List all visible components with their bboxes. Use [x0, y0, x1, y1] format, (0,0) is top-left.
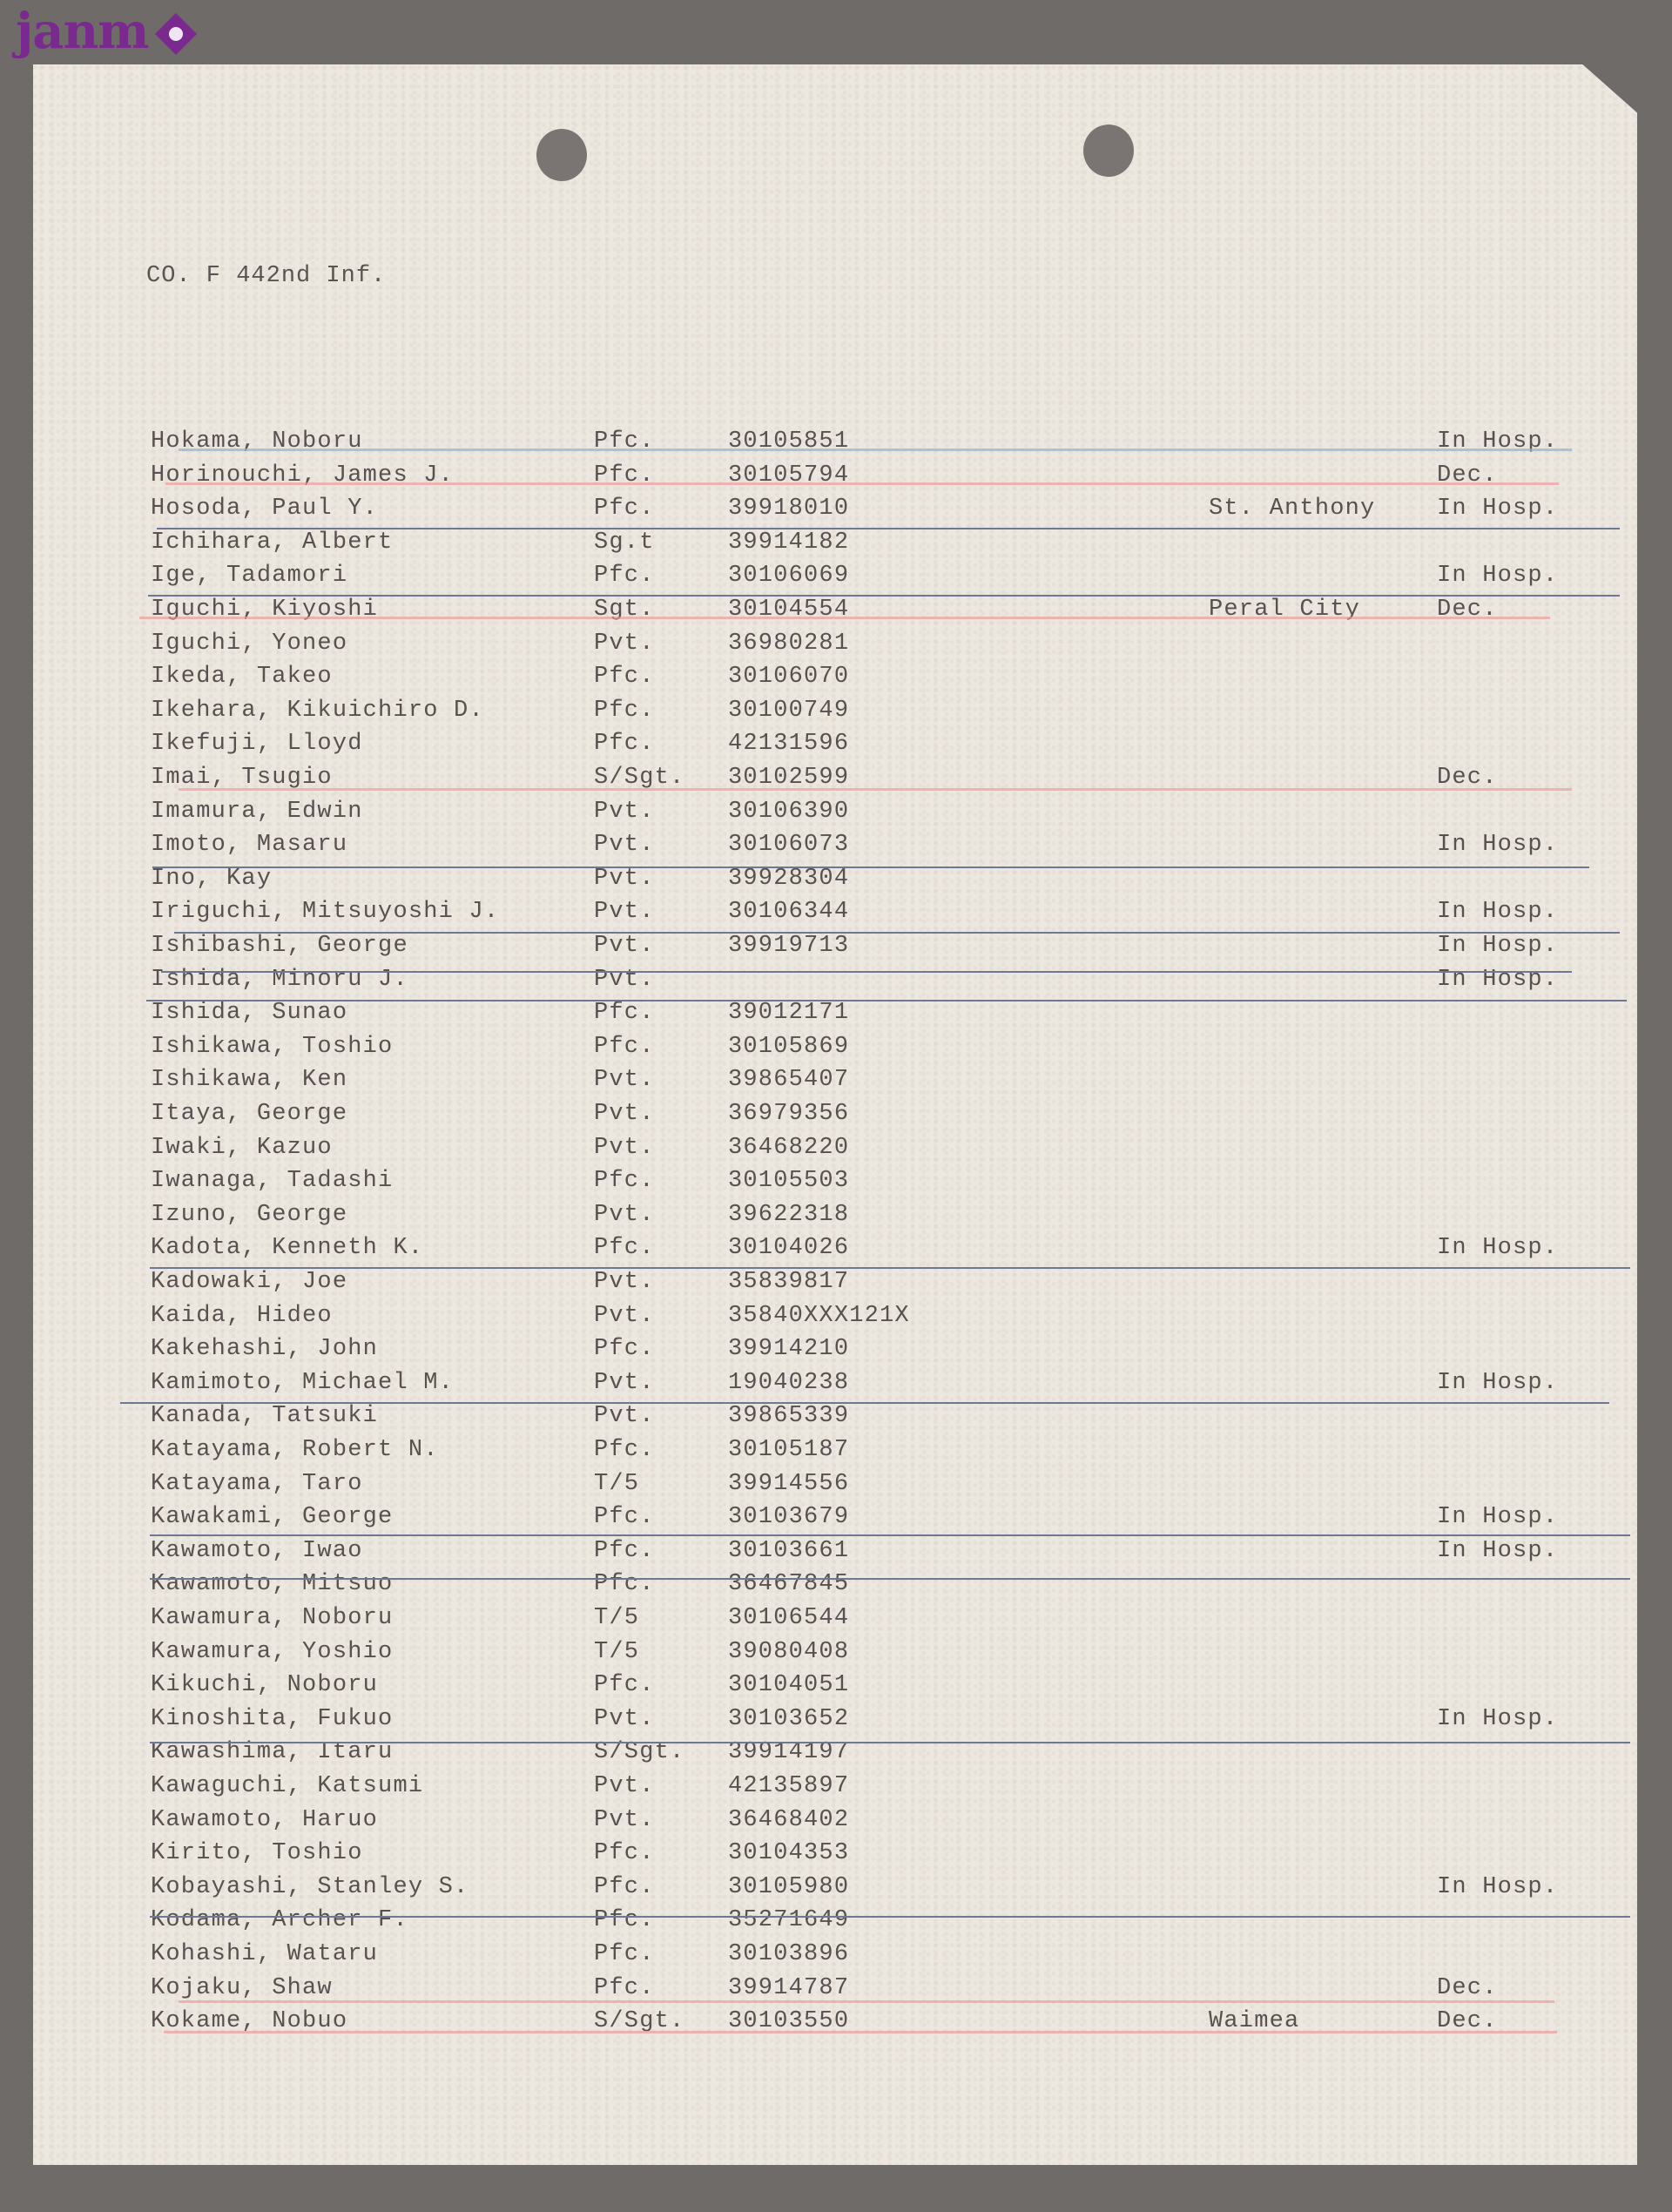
soldier-name: Ino, Kay	[151, 866, 272, 892]
soldier-rank: Pfc.	[594, 1874, 655, 1900]
soldier-rank: T/5	[594, 1471, 639, 1497]
soldier-rank: Pvt.	[594, 1101, 655, 1127]
roster-row: Iwaki, KazuoPvt.36468220	[0, 1135, 1672, 1169]
roster-row: Kawamura, YoshioT/539080408	[0, 1639, 1672, 1673]
roster-row: Kadowaki, JoePvt.35839817	[0, 1269, 1672, 1303]
serial-number: 36468220	[728, 1135, 849, 1161]
serial-number: 39914787	[728, 1975, 849, 2001]
serial-number: 30100749	[728, 698, 849, 724]
roster-row: Kawamoto, MitsuoPfc.36467845	[0, 1571, 1672, 1605]
soldier-rank: Pvt.	[594, 1067, 655, 1093]
status-note: In Hosp.	[1437, 1504, 1558, 1530]
soldier-name: Kawamura, Yoshio	[151, 1639, 393, 1665]
soldier-name: Ige, Tadamori	[151, 563, 347, 589]
soldier-name: Ishikawa, Toshio	[151, 1034, 393, 1060]
roster-row: Kirito, ToshioPfc.30104353	[0, 1840, 1672, 1874]
serial-number: 19040238	[728, 1370, 849, 1396]
serial-number: 30106070	[728, 664, 849, 690]
soldier-rank: Pfc.	[594, 1840, 655, 1866]
roster-row: Kojaku, ShawPfc.39914787Dec.	[0, 1975, 1672, 2009]
soldier-rank: Pvt.	[594, 1269, 655, 1295]
soldier-name: Ikeda, Takeo	[151, 664, 333, 690]
soldier-rank: Pvt.	[594, 899, 655, 925]
serial-number: 39865339	[728, 1403, 849, 1429]
soldier-rank: Pvt.	[594, 933, 655, 959]
serial-number: 30105503	[728, 1168, 849, 1194]
soldier-name: Ikehara, Kikuichiro D.	[151, 698, 484, 724]
roster-row: Iwanaga, TadashiPfc.30105503	[0, 1168, 1672, 1202]
status-note: In Hosp.	[1437, 1706, 1558, 1732]
serial-number: 30103896	[728, 1941, 849, 1967]
soldier-rank: Pfc.	[594, 1235, 655, 1261]
serial-number: 30103679	[728, 1504, 849, 1530]
serial-number: 30105980	[728, 1874, 849, 1900]
roster-row: Ichihara, AlbertSg.t39914182	[0, 529, 1672, 563]
serial-number: 39080408	[728, 1639, 849, 1665]
serial-number: 30104353	[728, 1840, 849, 1866]
soldier-name: Kawamoto, Iwao	[151, 1538, 363, 1564]
serial-number: 30105187	[728, 1437, 849, 1463]
soldier-name: Ishibashi, George	[151, 933, 408, 959]
soldier-name: Imoto, Masaru	[151, 832, 347, 858]
soldier-rank: Pvt.	[594, 799, 655, 825]
soldier-name: Kakehashi, John	[151, 1336, 378, 1362]
soldier-rank: Pfc.	[594, 1571, 655, 1597]
roster-row: Kinoshita, FukuoPvt.30103652In Hosp.	[0, 1706, 1672, 1740]
serial-number: 35840XXX121X	[728, 1303, 910, 1329]
roster-row: Izuno, GeorgePvt.39622318	[0, 1202, 1672, 1236]
soldier-name: Ishikawa, Ken	[151, 1067, 347, 1093]
soldier-rank: Pfc.	[594, 664, 655, 690]
roster-row: Katayama, Robert N.Pfc.30105187	[0, 1437, 1672, 1471]
roster-row: Kawamoto, HaruoPvt.36468402	[0, 1807, 1672, 1841]
serial-number: 36468402	[728, 1807, 849, 1833]
roster-row: Kanada, TatsukiPvt.39865339	[0, 1403, 1672, 1437]
serial-number: 39914210	[728, 1336, 849, 1362]
roster-row: Ishida, SunaoPfc.39012171	[0, 1000, 1672, 1034]
soldier-rank: Pvt.	[594, 1303, 655, 1329]
soldier-rank: Pvt.	[594, 1403, 655, 1429]
serial-number: 42131596	[728, 731, 849, 757]
serial-number: 30106344	[728, 899, 849, 925]
soldier-name: Kaida, Hideo	[151, 1303, 333, 1329]
roster-row: Horinouchi, James J.Pfc.30105794Dec.	[0, 462, 1672, 496]
serial-number: 30105869	[728, 1034, 849, 1060]
serial-number: 30103652	[728, 1706, 849, 1732]
roster-row: Kakehashi, JohnPfc.39914210	[0, 1336, 1672, 1370]
soldier-name: Kawamura, Noboru	[151, 1605, 393, 1631]
soldier-name: Hosoda, Paul Y.	[151, 496, 378, 522]
soldier-name: Kawamoto, Haruo	[151, 1807, 378, 1833]
soldier-name: Kirito, Toshio	[151, 1840, 363, 1866]
serial-number: 36979356	[728, 1101, 849, 1127]
soldier-name: Ishida, Sunao	[151, 1000, 347, 1026]
serial-number: 30106069	[728, 563, 849, 589]
roster-row: Imai, TsugioS/Sgt.30102599Dec.	[0, 765, 1672, 799]
serial-number: 39928304	[728, 866, 849, 892]
soldier-name: Iwaki, Kazuo	[151, 1135, 333, 1161]
soldier-rank: Pfc.	[594, 1538, 655, 1564]
roster-row: Imoto, MasaruPvt.30106073In Hosp.	[0, 832, 1672, 866]
soldier-rank: Pvt.	[594, 1202, 655, 1228]
roster-row: Katayama, TaroT/539914556	[0, 1471, 1672, 1505]
roster-row: Ikehara, Kikuichiro D.Pfc.30100749	[0, 698, 1672, 732]
status-note: In Hosp.	[1437, 496, 1558, 522]
soldier-rank: Pfc.	[594, 1336, 655, 1362]
roster-row: Kodama, Archer F.Pfc.35271649	[0, 1907, 1672, 1941]
soldier-rank: T/5	[594, 1605, 639, 1631]
roster-row: Ige, TadamoriPfc.30106069In Hosp.	[0, 563, 1672, 597]
status-note: In Hosp.	[1437, 1874, 1558, 1900]
soldier-rank: Pfc.	[594, 1437, 655, 1463]
roster-row: Ishikawa, ToshioPfc.30105869	[0, 1034, 1672, 1068]
serial-number: 30104051	[728, 1672, 849, 1698]
soldier-name: Kadota, Kenneth K.	[151, 1235, 423, 1261]
soldier-rank: S/Sgt.	[594, 765, 684, 791]
roster-row: Itaya, GeorgePvt.36979356	[0, 1101, 1672, 1135]
roster-row: Kawamura, NoboruT/530106544	[0, 1605, 1672, 1639]
roster-row: Kikuchi, NoboruPfc.30104051	[0, 1672, 1672, 1706]
roster-list: Hokama, NoboruPfc.30105851In Hosp.Horino…	[0, 0, 1672, 2212]
roster-row: Kawashima, ItaruS/Sgt.39914197	[0, 1739, 1672, 1773]
soldier-rank: Pfc.	[594, 731, 655, 757]
soldier-name: Kobayashi, Stanley S.	[151, 1874, 469, 1900]
serial-number: 39622318	[728, 1202, 849, 1228]
status-note: In Hosp.	[1437, 1235, 1558, 1261]
serial-number: 30106390	[728, 799, 849, 825]
soldier-rank: Pfc.	[594, 1907, 655, 1933]
serial-number: 39914556	[728, 1471, 849, 1497]
soldier-rank: Pvt.	[594, 631, 655, 657]
roster-row: Hosoda, Paul Y.Pfc.39918010St. AnthonyIn…	[0, 496, 1672, 529]
status-note: In Hosp.	[1437, 832, 1558, 858]
roster-row: Hokama, NoboruPfc.30105851In Hosp.	[0, 428, 1672, 462]
serial-number: 35271649	[728, 1907, 849, 1933]
soldier-name: Kodama, Archer F.	[151, 1907, 408, 1933]
serial-number: 36467845	[728, 1571, 849, 1597]
serial-number: 39012171	[728, 1000, 849, 1026]
roster-row: Kaida, HideoPvt.35840XXX121X	[0, 1303, 1672, 1337]
soldier-rank: Sg.t	[594, 529, 655, 556]
soldier-name: Itaya, George	[151, 1101, 347, 1127]
roster-row: Ikefuji, LloydPfc.42131596	[0, 731, 1672, 765]
soldier-name: Imai, Tsugio	[151, 765, 333, 791]
status-note: In Hosp.	[1437, 1370, 1558, 1396]
roster-row: Ishibashi, GeorgePvt.39919713In Hosp.	[0, 933, 1672, 967]
hometown: St. Anthony	[1209, 496, 1375, 522]
soldier-name: Kawamoto, Mitsuo	[151, 1571, 393, 1597]
serial-number: 42135897	[728, 1773, 849, 1799]
roster-row: Ikeda, TakeoPfc.30106070	[0, 664, 1672, 698]
soldier-rank: Pvt.	[594, 1706, 655, 1732]
status-note: In Hosp.	[1437, 899, 1558, 925]
serial-number: 30103661	[728, 1538, 849, 1564]
serial-number: 39914182	[728, 529, 849, 556]
roster-row: Kohashi, WataruPfc.30103896	[0, 1941, 1672, 1975]
roster-row: Iriguchi, Mitsuyoshi J.Pvt.30106344In Ho…	[0, 899, 1672, 933]
status-note: Dec.	[1437, 765, 1498, 791]
soldier-name: Imamura, Edwin	[151, 799, 363, 825]
soldier-rank: Pvt.	[594, 832, 655, 858]
soldier-name: Kojaku, Shaw	[151, 1975, 333, 2001]
serial-number: 39918010	[728, 496, 849, 522]
soldier-rank: Pvt.	[594, 866, 655, 892]
serial-number: 30106544	[728, 1605, 849, 1631]
soldier-name: Iwanaga, Tadashi	[151, 1168, 393, 1194]
status-note: In Hosp.	[1437, 933, 1558, 959]
soldier-rank: Pfc.	[594, 1975, 655, 2001]
soldier-rank: Pfc.	[594, 1941, 655, 1967]
soldier-name: Iriguchi, Mitsuyoshi J.	[151, 899, 499, 925]
soldier-rank: Pfc.	[594, 563, 655, 589]
status-note: In Hosp.	[1437, 1538, 1558, 1564]
soldier-rank: Pfc.	[594, 1168, 655, 1194]
roster-row: Iguchi, KiyoshiSgt.30104554Peral CityDec…	[0, 597, 1672, 631]
roster-row: Kawaguchi, KatsumiPvt.42135897	[0, 1773, 1672, 1807]
soldier-name: Kawaguchi, Katsumi	[151, 1773, 423, 1799]
soldier-rank: Pfc.	[594, 1034, 655, 1060]
soldier-name: Kawakami, George	[151, 1504, 393, 1530]
soldier-name: Ichihara, Albert	[151, 529, 393, 556]
soldier-rank: Pvt.	[594, 1135, 655, 1161]
roster-row: Kawakami, GeorgePfc.30103679In Hosp.	[0, 1504, 1672, 1538]
soldier-name: Kamimoto, Michael M.	[151, 1370, 454, 1396]
serial-number: 30104026	[728, 1235, 849, 1261]
soldier-rank: Pvt.	[594, 1370, 655, 1396]
roster-row: Kamimoto, Michael M.Pvt.19040238In Hosp.	[0, 1370, 1672, 1404]
roster-row: Kawamoto, IwaoPfc.30103661In Hosp.	[0, 1538, 1672, 1572]
soldier-name: Katayama, Taro	[151, 1471, 363, 1497]
roster-row: Kokame, NobuoS/Sgt.30103550WaimeaDec.	[0, 2008, 1672, 2042]
soldier-name: Kadowaki, Joe	[151, 1269, 347, 1295]
roster-row: Imamura, EdwinPvt.30106390	[0, 799, 1672, 833]
soldier-rank: Pvt.	[594, 1807, 655, 1833]
soldier-rank: Pfc.	[594, 698, 655, 724]
serial-number: 30106073	[728, 832, 849, 858]
serial-number: 35839817	[728, 1269, 849, 1295]
soldier-name: Kikuchi, Noboru	[151, 1672, 378, 1698]
soldier-rank: Pfc.	[594, 1000, 655, 1026]
serial-number: 39919713	[728, 933, 849, 959]
roster-row: Iguchi, YoneoPvt.36980281	[0, 631, 1672, 664]
soldier-rank: T/5	[594, 1639, 639, 1665]
status-note: Dec.	[1437, 1975, 1498, 2001]
soldier-rank: Pfc.	[594, 1504, 655, 1530]
soldier-name: Kanada, Tatsuki	[151, 1403, 378, 1429]
roster-row: Kadota, Kenneth K.Pfc.30104026In Hosp.	[0, 1235, 1672, 1269]
status-note: In Hosp.	[1437, 563, 1558, 589]
soldier-name: Iguchi, Yoneo	[151, 631, 347, 657]
roster-row: Kobayashi, Stanley S.Pfc.30105980In Hosp…	[0, 1874, 1672, 1908]
soldier-name: Katayama, Robert N.	[151, 1437, 439, 1463]
soldier-name: Ikefuji, Lloyd	[151, 731, 363, 757]
soldier-rank: Pvt.	[594, 1773, 655, 1799]
soldier-name: Izuno, George	[151, 1202, 347, 1228]
serial-number: 39865407	[728, 1067, 849, 1093]
soldier-rank: Pfc.	[594, 496, 655, 522]
soldier-name: Kinoshita, Fukuo	[151, 1706, 393, 1732]
soldier-name: Kohashi, Wataru	[151, 1941, 378, 1967]
serial-number: 36980281	[728, 631, 849, 657]
serial-number: 30102599	[728, 765, 849, 791]
soldier-rank: Pfc.	[594, 1672, 655, 1698]
roster-row: Ino, KayPvt.39928304	[0, 866, 1672, 900]
roster-row: Ishikawa, KenPvt.39865407	[0, 1067, 1672, 1101]
